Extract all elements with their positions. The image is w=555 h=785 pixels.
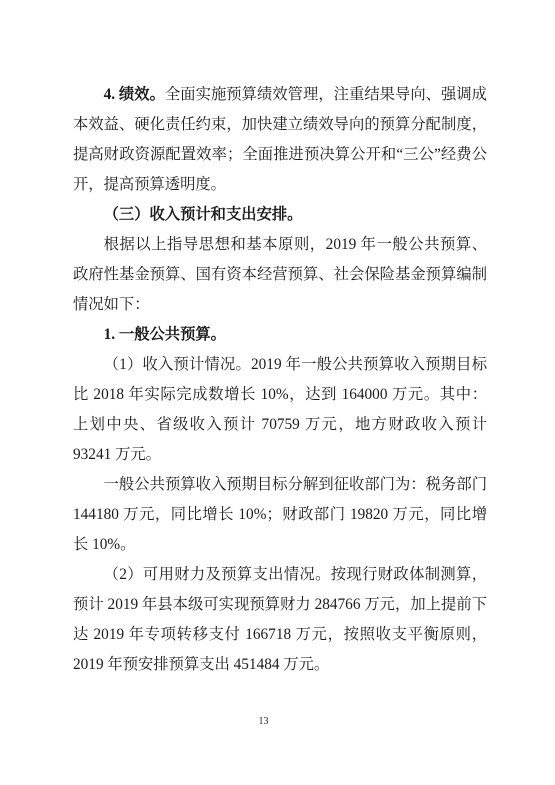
paragraph-revenue-target-breakdown: 一般公共预算收入预期目标分解到征收部门为：税务部门 144180 万元，同比增长… [73, 470, 487, 560]
paragraph-performance: 4. 绩效。全面实施预算绩效管理，注重结果导向、强调成本效益、硬化责任约束，加快… [73, 80, 487, 200]
paragraph-available-resources-expenditure: （2）可用财力及预算支出情况。按现行财政体制测算，预计 2019 年县本级可实现… [73, 560, 487, 680]
page-number: 13 [0, 716, 527, 727]
document-body: 4. 绩效。全面实施预算绩效管理，注重结果导向、强调成本效益、硬化责任约束，加快… [73, 80, 487, 680]
subsection-heading-general-public-budget: 1. 一般公共预算。 [73, 320, 487, 350]
paragraph-revenue-forecast: （1）收入预计情况。2019 年一般公共预算收入预期目标比 2018 年实际完成… [73, 350, 487, 470]
paragraph-performance-lead: 4. 绩效。 [104, 86, 165, 103]
paragraph-compilation-basis: 根据以上指导思想和基本原则，2019 年一般公共预算、政府性基金预算、国有资本经… [73, 230, 487, 320]
section-heading-revenue-and-expenditure: （三）收入预计和支出安排。 [73, 200, 487, 230]
document-page: 4. 绩效。全面实施预算绩效管理，注重结果导向、强调成本效益、硬化责任约束，加快… [0, 0, 555, 785]
